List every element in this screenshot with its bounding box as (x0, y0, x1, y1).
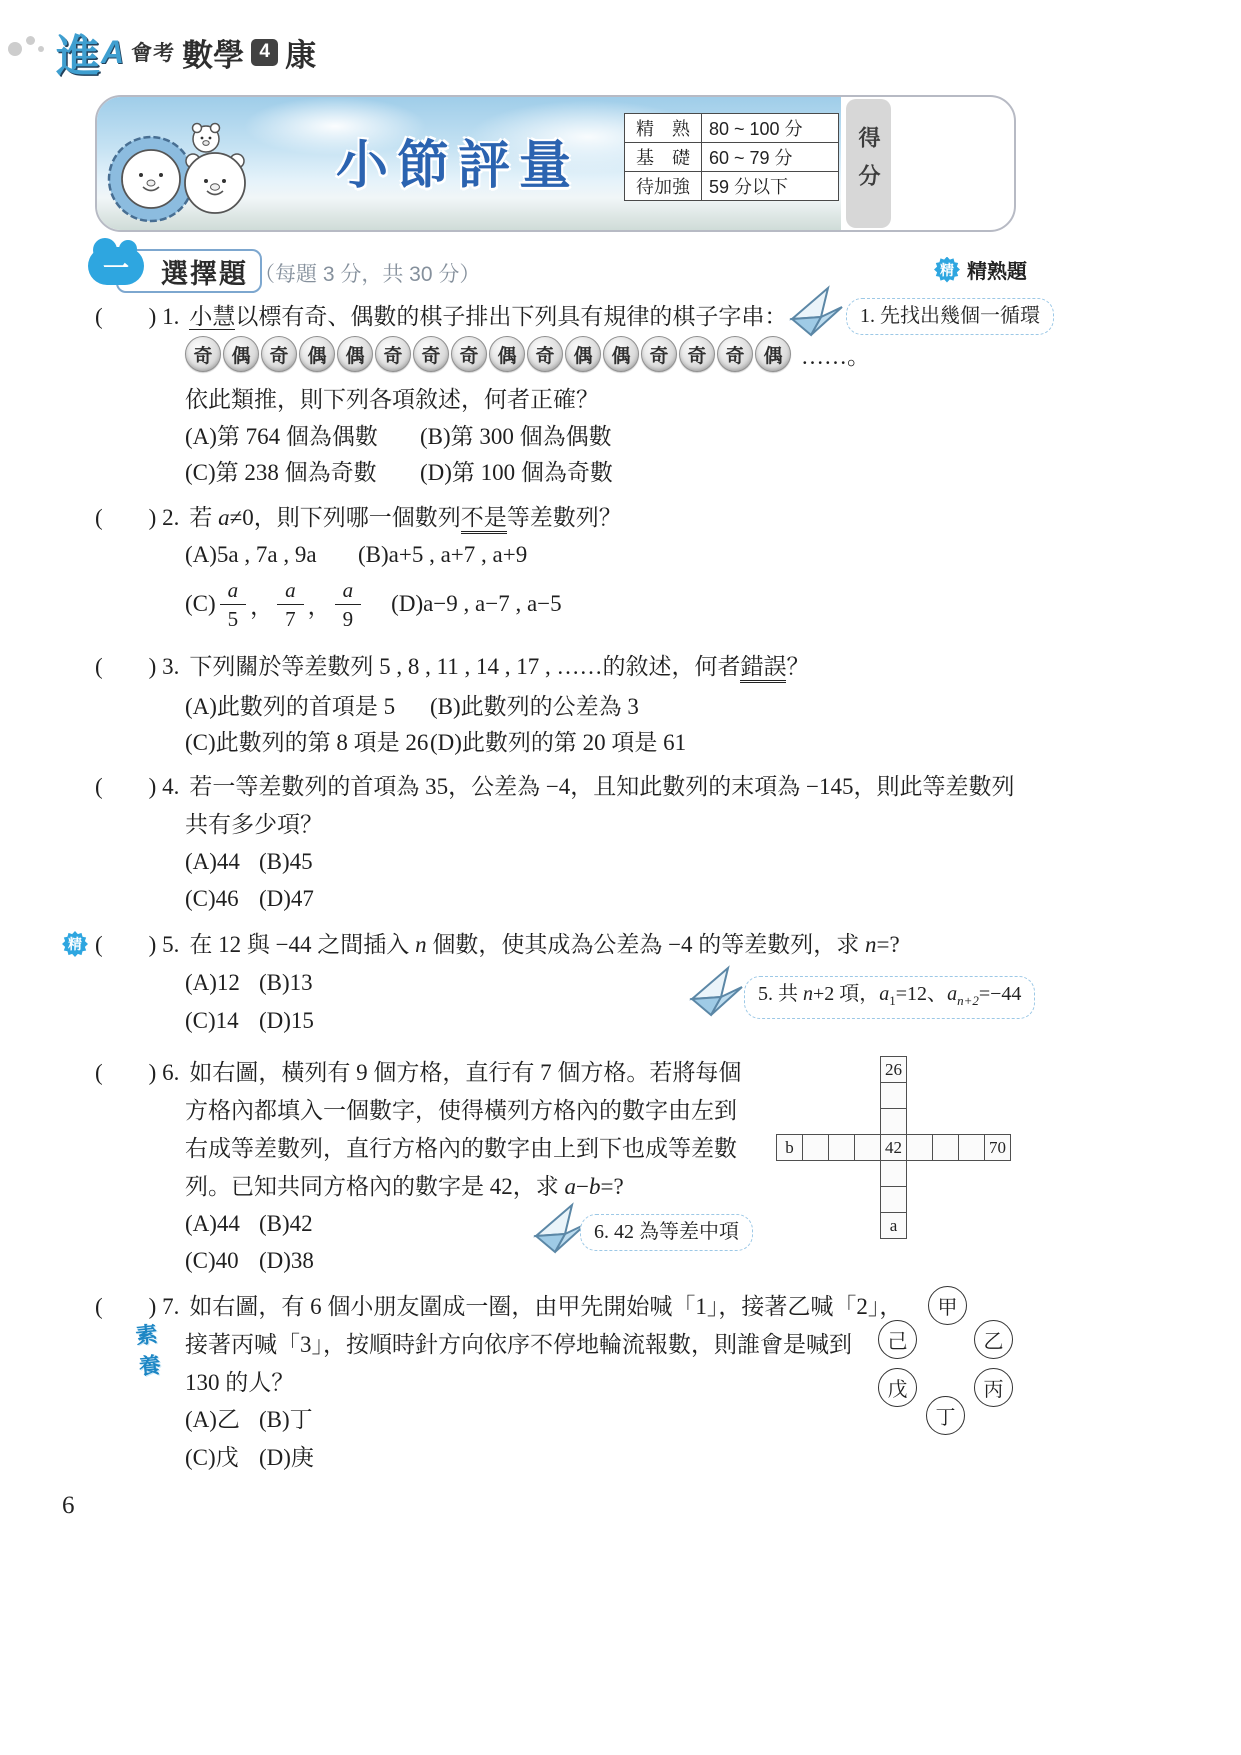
option-D: (D)15 (259, 1005, 314, 1036)
hint-text: =−44 (979, 983, 1022, 1005)
q3-stem: ( ) 3.下列關於等差數列 5 , 8 , 11 , 14 , 17 , ……… (95, 651, 809, 683)
answer-blank: ( ) 4. (95, 774, 179, 799)
q7-text: 如右圖，有 6 個小朋友圍成一圈，由甲先開始喊「1」，接著乙喊「2」， (189, 1294, 902, 1319)
section-title: 選擇題 (161, 252, 248, 291)
mastery-badge-icon: 精 (62, 931, 88, 957)
logo-subject: 數學 (182, 30, 244, 75)
hint-subscript: n+2 (957, 993, 979, 1008)
sequence-chip: 奇 (527, 336, 563, 372)
answer-blank: ( ) 2. (95, 505, 179, 530)
answer-blank: ( ) 5. (95, 932, 179, 957)
grid-cell (802, 1134, 829, 1161)
grid-cell (854, 1134, 881, 1161)
q4-options-row1: (A)44(B)45 (185, 846, 313, 877)
q2-s3: ≠0，則下列哪一個數列 (230, 505, 461, 530)
circle-person-bing: 丙 (974, 1368, 1013, 1407)
q5-s5: =? (877, 932, 900, 957)
grid-cell (906, 1134, 933, 1161)
option-A: (A)此數列的首項是 5 (185, 691, 430, 722)
banner-sky-art: 小節評量 精 熟 80 ~ 100 分 基 礎 60 ~ 79 分 待加強 59… (97, 97, 841, 230)
sequence-chip: 奇 (679, 336, 715, 372)
grid-cell it: b (776, 1134, 803, 1161)
circle-person-ding: 丁 (926, 1396, 965, 1435)
option-B: (B)13 (259, 967, 313, 998)
option-D: (D)38 (259, 1245, 314, 1276)
option-A: (A)44 (185, 846, 259, 877)
grade-range: 60 ~ 79 分 (702, 143, 838, 171)
grid-cell (932, 1134, 959, 1161)
sequence-chip: 奇 (375, 336, 411, 372)
grade-table: 精 熟 80 ~ 100 分 基 礎 60 ~ 79 分 待加強 59 分以下 (624, 113, 839, 201)
answer-blank: ( ) 3. (95, 654, 179, 679)
fraction-denominator: 7 (285, 605, 296, 631)
q3-options-row2: (C)此數列的第 8 項是 26(D)此數列的第 20 項是 61 (185, 727, 686, 758)
sequence-chip: 奇 (641, 336, 677, 372)
circle-person-yi: 乙 (974, 1320, 1013, 1359)
sequence-chip: 奇 (451, 336, 487, 372)
section-number: 一 (103, 248, 129, 285)
fraction-denominator: 9 (343, 605, 354, 631)
grade-level: 待加強 (625, 172, 702, 200)
q1-chip-sequence: 奇 偶 奇 偶 偶 奇 奇 奇 偶 奇 偶 偶 奇 奇 奇 偶 ……。 (185, 336, 870, 372)
q4-text: 若一等差數列的首項為 35，公差為 −4，且知此數列的末項為 −145，則此等差… (189, 774, 1014, 799)
option-A: (A)第 764 個為偶數 (185, 421, 420, 452)
banner: 小節評量 精 熟 80 ~ 100 分 基 礎 60 ~ 79 分 待加強 59… (95, 95, 1016, 232)
q5-options-row1: (A)12(B)13 (185, 967, 313, 998)
q4-stem-line2: 共有多少項？ (185, 809, 323, 840)
page-number: 6 (62, 1492, 75, 1520)
q5-var-n: n (865, 932, 877, 957)
q2-s5: 等差數列？ (507, 505, 622, 530)
fraction-numerator: a (220, 578, 247, 605)
grid-cell: 26 (880, 1056, 907, 1083)
option-B: (B)45 (259, 846, 313, 877)
option-A: (A)12 (185, 967, 259, 998)
fraction: a9 (335, 578, 362, 631)
option-B: (B)丁 (259, 1404, 313, 1435)
q6-minus: − (576, 1174, 589, 1199)
q5-s3: 個數，使其成為公差為 −4 的等差數列，求 (427, 932, 865, 957)
sequence-chip: 偶 (565, 336, 601, 372)
q3-options-row1: (A)此數列的首項是 5(B)此數列的公差為 3 (185, 691, 639, 722)
hint-text: 5. 共 (758, 983, 803, 1005)
grade-level: 基 礎 (625, 143, 702, 171)
q6-text: 列。已知共同方格內的數字是 42，求 (185, 1174, 565, 1199)
q2-emphasis: 不是 (461, 505, 507, 534)
grade-row: 精 熟 80 ~ 100 分 (625, 114, 838, 142)
series-logo: 進A 會考 數學 4 康 (56, 20, 316, 84)
separator: ， (250, 588, 273, 621)
q5-hint-bubble: 5. 共 n+2 項，a1=12、an+2=−44 (744, 976, 1035, 1019)
q7-options-row1: (A)乙(B)丁 (185, 1404, 313, 1435)
answer-blank: ( ) 6. (95, 1060, 179, 1085)
q1-options-row1: (A)第 764 個為偶數(B)第 300 個為偶數 (185, 421, 612, 452)
sequence-ellipsis: ……。 (801, 338, 870, 371)
option-C: (C)第 238 個為奇數 (185, 457, 420, 488)
option-C: (C)14 (185, 1005, 259, 1036)
q1-hint-bubble: 1. 先找出幾個一循環 (846, 298, 1054, 335)
lion-bear-illustration (103, 113, 278, 227)
score-label: 得分 (853, 126, 884, 202)
q2-s1: 若 (189, 505, 218, 530)
q6-stem-line3: 右成等差數列，直行方格內的數字由上到下也成等差數 (185, 1133, 737, 1164)
q3-s1: 下列關於等差數列 5 , 8 , 11 , 14 , 17 , ……的敘述，何者 (189, 654, 740, 679)
option-D: (D)此數列的第 20 項是 61 (430, 727, 686, 758)
q7-stem-line2: 接著丙喊「3」，按順時針方向依序不停地輪流報數，則誰會是喊到 (185, 1329, 852, 1360)
grade-level: 精 熟 (625, 114, 702, 142)
hint-text: +2 項， (813, 983, 879, 1005)
option-B: (B)第 300 個為偶數 (420, 421, 612, 452)
q6-stem-line1: ( ) 6.如右圖，橫列有 9 個方格，直行有 7 個方格。若將每個 (95, 1057, 741, 1088)
section-number-badge: 一 (88, 247, 144, 285)
option-C: (C)戊 (185, 1442, 259, 1473)
fraction: a7 (277, 578, 304, 631)
option-D: (D)第 100 個為奇數 (420, 457, 613, 488)
paper-plane-icon (786, 283, 844, 339)
q2-var-a: a (218, 505, 230, 530)
grade-row: 基 礎 60 ~ 79 分 (625, 142, 838, 171)
hint-text: =12、 (896, 983, 947, 1005)
q2-stem: ( ) 2.若 a≠0，則下列哪一個數列不是等差數列？ (95, 502, 622, 534)
grid-cell: 70 (984, 1134, 1011, 1161)
grade-range: 80 ~ 100 分 (702, 114, 838, 142)
circle-person-wu: 戊 (878, 1368, 917, 1407)
grid-cell (880, 1082, 907, 1109)
q1-stem-text: 以標有奇、偶數的棋子排出下列具有規律的棋子字串： (235, 304, 787, 329)
deco-dot (8, 42, 22, 56)
fraction: a5 (220, 578, 247, 631)
q6-text: =? (600, 1174, 623, 1199)
grid-cell (880, 1160, 907, 1187)
q6-grid-figure: 26 b 42 70 a (776, 1056, 1014, 1242)
sequence-chip: 偶 (603, 336, 639, 372)
hint-var-a: a (879, 983, 889, 1005)
option-B: (B)42 (259, 1208, 313, 1239)
option-D: (D)47 (259, 883, 314, 914)
answer-blank: ( ) 1. (95, 304, 179, 329)
grid-cell (958, 1134, 985, 1161)
grid-cell (880, 1108, 907, 1135)
option-C-letter: (C) (185, 591, 216, 617)
option-A: (A)5a , 7a , 9a (185, 539, 358, 570)
option-C: (C)46 (185, 883, 259, 914)
sequence-chip: 奇 (185, 336, 221, 372)
option-C: (C)此數列的第 8 項是 26 (185, 727, 430, 758)
q5-stem: ( ) 5.在 12 與 −44 之間插入 n 個數，使其成為公差為 −4 的等… (95, 929, 900, 960)
q6-var-b: b (589, 1174, 601, 1199)
logo-exam: 會考 (131, 37, 175, 67)
circle-person-jia: 甲 (928, 1286, 967, 1325)
grid-cell (828, 1134, 855, 1161)
q6-options-row1: (A)44(B)42 (185, 1208, 313, 1239)
q5-options-row2: (C)14(D)15 (185, 1005, 314, 1036)
deco-dot (26, 36, 35, 45)
q5-var-n: n (415, 932, 427, 957)
fraction-denominator: 5 (228, 605, 239, 631)
hint-var-n: n (803, 983, 813, 1005)
q6-hint-bubble: 6. 42 為等差中項 (580, 1214, 753, 1251)
q6-options-row2: (C)40(D)38 (185, 1245, 314, 1276)
logo-publisher: 康 (285, 30, 316, 75)
q2-options-row2: (C) a5 ， a7 ， a9 (D)a−9 , a−7 , a−5 (185, 572, 562, 636)
q1-stem-cont: 依此類推，則下列各項敘述，何者正確？ (185, 384, 599, 415)
q6-stem-line4: 列。已知共同方格內的數字是 42，求 a−b=? (185, 1171, 624, 1202)
q1-stem: ( ) 1.小慧以標有奇、偶數的棋子排出下列具有規律的棋子字串： (95, 301, 787, 332)
mastery-badge-icon: 精 (934, 257, 960, 283)
option-A: (A)乙 (185, 1404, 259, 1435)
q1-name: 小慧 (189, 304, 235, 330)
mastery-legend: 精 精熟題 (934, 255, 1027, 284)
circle-person-ji: 己 (878, 1320, 917, 1359)
option-D: (D)庚 (259, 1442, 314, 1473)
grid-cell-shared: 42 (880, 1134, 907, 1161)
sequence-chip: 奇 (261, 336, 297, 372)
q3-emphasis: 錯誤 (740, 654, 786, 683)
separator: ， (308, 588, 331, 621)
q2-options-row1: (A)5a , 7a , 9a(B)a+5 , a+7 , a+9 (185, 539, 527, 570)
q7-stem-line1: ( ) 7.如右圖，有 6 個小朋友圍成一圈，由甲先開始喊「1」，接著乙喊「2」… (95, 1291, 902, 1322)
sequence-chip: 偶 (755, 336, 791, 372)
sequence-chip: 偶 (299, 336, 335, 372)
option-A: (A)44 (185, 1208, 259, 1239)
grade-range: 59 分以下 (702, 172, 838, 200)
q6-var-a: a (565, 1174, 577, 1199)
score-tab: 得分 (846, 99, 891, 228)
option-B: (B)a+5 , a+7 , a+9 (358, 539, 527, 570)
fraction-numerator: a (277, 578, 304, 605)
mastery-label: 精熟題 (967, 255, 1027, 284)
option-D: (D)a−9 , a−7 , a−5 (391, 591, 561, 617)
q6-stem-line2: 方格內都填入一個數字，使得橫列方格內的數字由左到 (185, 1095, 737, 1126)
paper-plane-icon (686, 963, 744, 1019)
hint-var-a: a (947, 983, 957, 1005)
q5-s1: 在 12 與 −44 之間插入 (189, 932, 415, 957)
q4-options-row2: (C)46(D)47 (185, 883, 314, 914)
q7-options-row2: (C)戊(D)庚 (185, 1442, 314, 1473)
logo-volume-badge: 4 (251, 39, 278, 66)
answer-blank: ( ) 7. (95, 1294, 179, 1319)
sequence-chip: 偶 (489, 336, 525, 372)
option-B: (B)此數列的公差為 3 (430, 691, 639, 722)
option-C: (C)40 (185, 1245, 259, 1276)
q1-options-row2: (C)第 238 個為奇數(D)第 100 個為奇數 (185, 457, 613, 488)
sequence-chip: 偶 (337, 336, 373, 372)
q3-s3: ？ (786, 654, 809, 679)
section-note: （每題 3 分，共 30 分） (254, 258, 480, 288)
q7-stem-line3: 130 的人？ (185, 1367, 294, 1398)
fraction-numerator: a (335, 578, 362, 605)
grid-cell: a (880, 1212, 907, 1239)
deco-dot (38, 46, 44, 52)
literacy-badge: 素養 (134, 1317, 170, 1382)
q6-text: 如右圖，橫列有 9 個方格，直行有 7 個方格。若將每個 (189, 1060, 741, 1085)
grid-cell (880, 1186, 907, 1213)
q4-stem-line1: ( ) 4.若一等差數列的首項為 35，公差為 −4，且知此數列的末項為 −14… (95, 771, 1015, 802)
sequence-chip: 偶 (223, 336, 259, 372)
sequence-chip: 奇 (413, 336, 449, 372)
logo-a: A (101, 34, 124, 71)
logo-jin: 進 (56, 20, 100, 84)
grade-row: 待加強 59 分以下 (625, 171, 838, 200)
page-title: 小節評量 (293, 123, 623, 198)
sequence-chip: 奇 (717, 336, 753, 372)
